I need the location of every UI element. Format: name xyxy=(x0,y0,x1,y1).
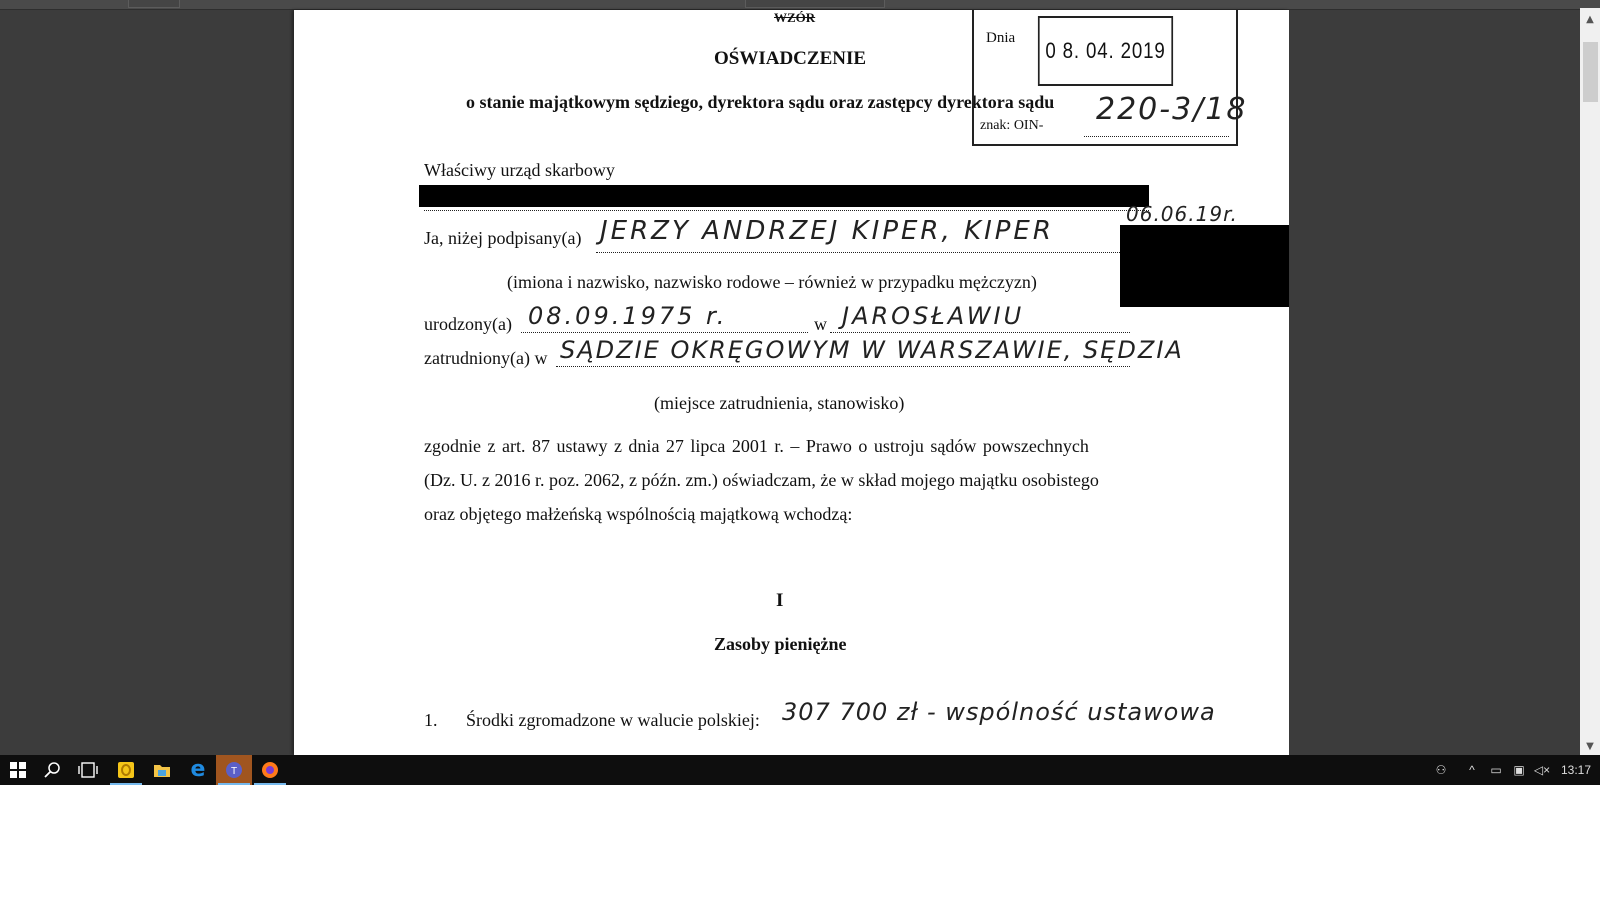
network-button[interactable]: ▣ xyxy=(1509,755,1529,785)
volume-muted-icon: ◁× xyxy=(1534,763,1550,777)
scroll-down-arrow-icon[interactable]: ▼ xyxy=(1580,739,1600,755)
stamp-ref-label: znak: OIN- xyxy=(980,118,1043,134)
windows-logo-icon xyxy=(10,762,26,778)
viewer-toolbar xyxy=(0,0,1600,10)
battery-button[interactable]: ▭ xyxy=(1486,755,1506,785)
born-in-label: w xyxy=(814,314,827,335)
taskbar-app-edge[interactable]: e xyxy=(180,755,216,785)
show-hidden-icons-button[interactable]: ^ xyxy=(1462,755,1482,785)
paragraph-line-3: oraz objętego małżeńską wspólnością mają… xyxy=(424,504,852,525)
stamp-date-value: 0 8. 04. 2019 xyxy=(1038,16,1173,86)
redaction-bar xyxy=(419,185,1149,207)
registry-stamp: Dnia 0 8. 04. 2019 znak: OIN- 220-3/18 xyxy=(972,10,1238,146)
search-icon xyxy=(43,761,61,779)
stamp-ref-line xyxy=(1084,128,1229,137)
task-view-button[interactable] xyxy=(70,755,106,785)
document-title: OŚWIADCZENIE xyxy=(714,48,866,70)
employment-caption: (miejsce zatrudnienia, stanowisko) xyxy=(654,393,904,414)
taskbar-app-file-explorer[interactable] xyxy=(144,755,180,785)
item-1-number: 1. xyxy=(424,710,438,731)
people-button[interactable]: ⚇ xyxy=(1430,755,1452,785)
tax-office-line xyxy=(424,207,1149,211)
redaction-block xyxy=(1120,225,1289,307)
born-place-value: JAROSŁAWIU xyxy=(842,302,1024,330)
scrollbar-thumb[interactable] xyxy=(1583,42,1598,102)
taskbar-app-outlook[interactable] xyxy=(108,755,144,785)
edge-icon: e xyxy=(191,759,206,781)
names-caption: (imiona i nazwisko, nazwisko rodowe – ró… xyxy=(507,272,1037,293)
born-label: urodzony(a) xyxy=(424,314,512,335)
toolbar-button[interactable] xyxy=(745,0,885,8)
stamp-ref-value: 220-3/18 xyxy=(1096,92,1247,127)
start-button[interactable] xyxy=(0,755,36,785)
born-date-value: 08.09.1975 r. xyxy=(528,302,727,330)
taskbar-app-teams[interactable]: T xyxy=(216,755,252,785)
signed-label: Ja, niżej podpisany(a) xyxy=(424,228,581,249)
firefox-icon xyxy=(261,761,279,779)
search-button[interactable] xyxy=(34,755,70,785)
section-title: Zasoby pieniężne xyxy=(714,634,847,655)
teams-icon: T xyxy=(225,761,243,779)
stamp-date-label: Dnia xyxy=(986,30,1015,47)
chevron-up-icon: ^ xyxy=(1469,763,1475,777)
tax-office-label: Właściwy urząd skarbowy xyxy=(424,160,615,181)
scroll-up-arrow-icon[interactable]: ▲ xyxy=(1580,12,1600,28)
pdf-viewer-window: WZÓR OŚWIADCZENIE o stanie majątkowym sę… xyxy=(0,0,1600,785)
paragraph-line-2: (Dz. U. z 2016 r. poz. 2062, z późn. zm.… xyxy=(424,470,1099,491)
people-icon: ⚇ xyxy=(1436,763,1447,777)
task-view-icon xyxy=(78,762,98,778)
employed-value: SĄDZIE OKRĘGOWYM W WARSZAWIE, SĘDZIA xyxy=(560,336,1184,364)
battery-icon: ▭ xyxy=(1490,763,1501,777)
windows-taskbar: e T ⚇ ^ ▭ ▣ ◁× 13:17 xyxy=(0,755,1600,785)
signed-value: JERZY ANDRZEJ KIPER, KIPER xyxy=(600,216,1054,246)
toolbar-button[interactable] xyxy=(128,0,180,8)
handwritten-date-margin: 06.06.19r. xyxy=(1126,202,1238,226)
paragraph-line-1: zgodnie z art. 87 ustawy z dnia 27 lipca… xyxy=(424,436,1089,457)
svg-text:T: T xyxy=(231,766,237,777)
taskbar-app-firefox[interactable] xyxy=(252,755,288,785)
struck-label: WZÓR xyxy=(774,10,815,26)
section-number: I xyxy=(776,590,783,612)
document-page: WZÓR OŚWIADCZENIE o stanie majątkowym sę… xyxy=(294,10,1289,755)
folder-icon xyxy=(153,762,171,778)
network-icon: ▣ xyxy=(1513,763,1524,777)
clock[interactable]: 13:17 xyxy=(1556,755,1596,785)
item-1-label: Środki zgromadzone w walucie polskiej: xyxy=(466,710,760,731)
item-1-value: 307 700 zł - wspólność ustawowa xyxy=(782,698,1216,726)
volume-button[interactable]: ◁× xyxy=(1532,755,1552,785)
employed-label: zatrudniony(a) w xyxy=(424,348,547,369)
outlook-icon xyxy=(117,761,135,779)
document-subtitle: o stanie majątkowym sędziego, dyrektora … xyxy=(466,92,1054,113)
vertical-scrollbar[interactable]: ▲ ▼ xyxy=(1580,8,1600,755)
